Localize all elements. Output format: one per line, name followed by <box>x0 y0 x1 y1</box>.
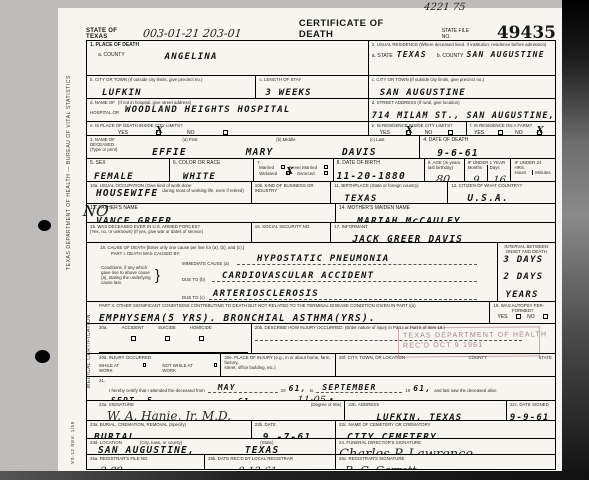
yes-label: YES <box>497 314 507 320</box>
row-hospital-street: d. NAME OF (If not in hospital, give str… <box>87 98 555 121</box>
field-registrar-signature: 25c. REGISTRAR'S SIGNATURE R. C. Garrett <box>335 455 555 469</box>
scan-bottom-band <box>0 471 589 480</box>
certificate-title: CERTIFICATE OF DEATH <box>299 18 420 40</box>
date-signed-label: 22c. DATE SIGNED <box>510 402 552 407</box>
hospital-value: WOODLAND HEIGHTS HOSPITAL <box>125 105 290 115</box>
burial-date-label: 23b. DATE <box>255 422 332 427</box>
occupation-label-2: during most of working life, even if ret… <box>162 188 244 193</box>
date-received-value: 9-12-61 <box>237 466 277 469</box>
death-certificate-form: 1. PLACE OF DEATH a. COUNTY ANGELINA 2. … <box>86 40 556 470</box>
married-label: Married <box>259 165 274 170</box>
field-name-label: 3. NAME OF DECEASED (Type or print) <box>87 136 143 158</box>
field-occupation: 10a. USUAL OCCUPATION (Give kind of work… <box>87 182 251 203</box>
no-label: NO <box>515 130 523 135</box>
divorced-label: Divorced <box>297 171 314 176</box>
field-burial: 23a. BURIAL, CREMATION, REMOVAL (Specify… <box>87 421 251 438</box>
row-location-director: 23d. LOCATION (City, town, or county) (S… <box>87 438 555 454</box>
checkbox-res-city-no <box>448 130 453 135</box>
date-of-death-label: 4. DATE OF DEATH <box>423 137 552 143</box>
never-married-label: Never Married <box>289 165 317 170</box>
margin-form-revision-text: VS-12 REV. 1/58 <box>70 421 75 464</box>
last-name-value: DAVIS <box>342 147 377 158</box>
field-registrar-file-no: 25a. REGISTRAR'S FILE NO. 2-09 <box>87 455 204 469</box>
field-industry: 10b. KIND OF BUSINESS OR INDUSTRY <box>251 182 331 203</box>
age-label: 9. AGE (In years last birthday) <box>428 160 461 170</box>
months-value: 9 <box>472 175 480 181</box>
days-value: 16 <box>492 175 506 181</box>
age-value: 80 <box>435 173 450 181</box>
field-death-inside-limits: e. IS PLACE OF DEATH INSIDE CITY LIMITS?… <box>87 122 368 135</box>
injury-type-label: 20a. <box>99 325 108 330</box>
conditions-note: Conditions, if any which gave rise to ab… <box>101 265 153 285</box>
injury-occurred-label: 20d. INJURY OCCURRED <box>99 355 217 360</box>
date-of-birth-label: 8. DATE OF BIRTH <box>337 160 421 166</box>
physician-address-label: 22b. ADDRESS <box>348 402 502 407</box>
residence-state-value: TEXAS <box>397 50 427 59</box>
field-under-24-hrs: IF UNDER 24 HRS. Hours Minutes <box>510 159 554 181</box>
cert-from-month: MAY <box>208 383 278 393</box>
street-address-label: d. STREET ADDRESS (If rural, give locati… <box>372 100 552 105</box>
residence-state-label: a. STATE <box>372 53 393 59</box>
residence-county-value: SAN AUGUSTINE <box>467 50 545 59</box>
row-registrar: 25a. REGISTRAR'S FILE NO. 2-09 25b. DATE… <box>87 454 555 469</box>
field-autopsy: 19. WAS AUTOPSY PER- FORMED? YES NO <box>489 302 555 323</box>
field-birthplace: 11. BIRTHPLACE (State or foreign country… <box>330 182 447 203</box>
date-of-death-value: 9-6-61 <box>437 148 479 158</box>
middle-name-value: MARY <box>246 147 274 158</box>
field-injury-occurred: 20d. INJURY OCCURRED WHILE AT WORK NOT W… <box>87 354 220 376</box>
row-city-limits: e. IS PLACE OF DEATH INSIDE CITY LIMITS?… <box>87 121 555 135</box>
checkbox-never-married <box>324 165 328 169</box>
days-label: Days <box>490 165 508 170</box>
yes-label: YES <box>474 130 484 135</box>
birthplace-label: 11. BIRTHPLACE (State or foreign country… <box>334 183 444 188</box>
received-stamp: TEXAS DEPARTMENT OF HEALTH REC'D OCT 9 1… <box>398 326 540 357</box>
field-first-name: (a) First EFFIE <box>143 136 237 158</box>
funeral-director-signature: Charles P. Lawrence <box>339 447 473 454</box>
field-street-address: d. STREET ADDRESS (If rural, give locati… <box>368 99 555 121</box>
field-physician-address: 22b. ADDRESS LUFKIN, TEXAS <box>344 401 505 420</box>
due-to-b-label: DUE TO (b) <box>182 277 205 282</box>
due-to-c-value: ARTERIOSCLEROSIS <box>209 289 477 300</box>
not-while-at-work-label: NOT WHILE AT WORK <box>162 363 196 373</box>
field-middle-name: (b) Middle MARY <box>237 136 335 158</box>
punch-hole <box>38 220 51 231</box>
death-city-value: LUFKIN <box>102 88 142 98</box>
race-value: WHITE <box>183 172 216 181</box>
row-sex-race-dob: 5. SEX FEMALE 6. COLOR OR RACE WHITE 7. … <box>87 158 555 181</box>
informant-label: 17. INFORMANT <box>334 224 552 229</box>
stamp-line-1: TEXAS DEPARTMENT OF HEALTH <box>403 331 547 339</box>
due-to-c-label: DUE TO (c) <box>182 295 205 300</box>
first-name-value: EFFIE <box>152 147 187 158</box>
father-name-label: 13. FATHER'S NAME <box>90 205 332 211</box>
cemetery-label: 23c. NAME OF CEMETERY OR CREMATORY <box>339 422 552 427</box>
cause-of-death-label: 18. CAUSE OF DEATH [Enter only one cause… <box>100 245 244 250</box>
registrar-file-no-label: 25a. REGISTRAR'S FILE NO. <box>90 456 201 461</box>
row-physician-signature: 22a. SIGNATURE (Degree or title) W. A. H… <box>87 400 555 420</box>
cert-last-year: 61. <box>238 397 256 400</box>
interval-a-value: 3 DAYS <box>504 255 544 265</box>
sex-value: FEMALE <box>94 172 134 181</box>
field-race: 6. COLOR OR RACE WHITE <box>169 159 253 181</box>
cert-to: to <box>310 388 314 393</box>
cert-19b: 19 <box>405 388 410 393</box>
hours-label: Hours <box>514 170 532 175</box>
birthplace-value: TEXAS <box>344 194 377 203</box>
field-funeral-director: 24. FUNERAL DIRECTOR'S SIGNATURE Charles… <box>335 439 555 454</box>
occupation-value: HOUSEWIFE <box>96 188 158 199</box>
no-label: NO <box>425 130 433 135</box>
checkbox-res-city-yes: X <box>406 130 411 135</box>
checkbox-while-at-work <box>143 363 146 367</box>
field-date-of-death: 4. DATE OF DEATH 9-6-61 <box>419 136 555 158</box>
hospital-label: d. NAME OF <box>90 100 115 105</box>
field-under-1-year: IF UNDER 1 YEAR Months 9 Days 16 <box>464 159 511 181</box>
row-parents: 13. FATHER'S NAME VANCE GREER 14. MOTHER… <box>87 203 555 222</box>
usual-residence-label: 2. USUAL RESIDENCE (Where deceased lived… <box>372 42 552 47</box>
minutes-label: Minutes <box>535 170 552 175</box>
field-burial-location: 23d. LOCATION (City, town, or county) (S… <box>87 439 335 454</box>
length-of-stay-value: 3 WEEKS <box>265 88 311 98</box>
length-of-stay-label: c. LENGTH OF STAY <box>259 77 364 82</box>
field-armed-forces: 15. WAS DECEASED EVER IN U.S. ARMED FORC… <box>87 223 251 242</box>
checkbox-homicide <box>199 336 204 341</box>
row-occupation: 10a. USUAL OCCUPATION (Give kind of work… <box>87 181 555 203</box>
burial-label: 23a. BURIAL, CREMATION, REMOVAL (Specify… <box>90 422 248 427</box>
certificate-header: 4221 75 STATE OF TEXAS 003-01-21 203-01 … <box>86 2 556 40</box>
cert-ampm: A <box>329 397 335 400</box>
field-place-of-injury: 20e. PLACE OF INJURY (e.g., in or about … <box>220 354 335 376</box>
date-received-label: 25b. DATE REC'D BY LOCAL REGISTRAR <box>208 456 332 461</box>
county-value: ANGELINA <box>165 52 218 62</box>
yes-label: YES <box>118 130 128 135</box>
degree-or-title-label: (Degree or title) <box>311 402 342 407</box>
field-residence-city: c. CITY OR TOWN (If outside city limits,… <box>368 76 555 98</box>
cert-19a: 19 <box>281 388 286 393</box>
checkbox-accident <box>131 336 136 341</box>
part2-value: EMPHYSEMA(5 YRS). BRONCHIAL ASTHMA(YRS). <box>99 313 376 323</box>
while-at-work-label: WHILE AT WORK <box>99 363 125 373</box>
checkbox-divorced <box>324 171 328 175</box>
physician-address-value: LUFKIN, TEXAS <box>376 413 462 420</box>
punch-hole <box>35 350 50 363</box>
field-ssn: 16. SOCIAL SECURITY NO. <box>251 223 331 242</box>
yes-label: YES <box>380 130 390 135</box>
handwritten-top-number: 4221 75 <box>423 2 466 13</box>
field-interval-column: INTERVAL BETWEEN ONSET AND DEATH 3 DAYS … <box>497 243 556 301</box>
burial-date-value: 9 -7-61 <box>263 432 311 438</box>
row-city-stay: b. CITY OR TOWN (If outside city limits,… <box>87 75 555 98</box>
field-death-city: b. CITY OR TOWN (If outside city limits,… <box>87 76 255 98</box>
death-city-label: b. CITY OR TOWN (If outside city limits,… <box>90 77 252 82</box>
cert-text-2: and last saw the deceased alive <box>434 388 496 393</box>
place-of-injury-label-2: street, office building, etc.) <box>224 365 332 370</box>
field-hospital: d. NAME OF (If not in hospital, give str… <box>87 99 368 121</box>
field-mother-name: 14. MOTHER'S MAIDEN NAME MARIAH McCAULEY <box>335 204 555 222</box>
registrar-file-no-value: 2-09 <box>99 466 123 469</box>
mother-name-value: MARIAH McCAULEY <box>357 216 461 222</box>
checkbox-farm-no: X <box>537 130 542 135</box>
field-date-of-birth: 8. DATE OF BIRTH 11-20-1880 <box>333 159 424 181</box>
field-last-name: (c) Last DAVIS <box>335 136 419 158</box>
immediate-cause-value: HYPOSTATIC PNEUMONIA <box>237 254 477 265</box>
type-or-print-label: (Type or print) <box>90 147 140 152</box>
date-signed-value: 9-9-61 <box>510 413 550 420</box>
accident-label: ACCIDENT <box>122 325 144 330</box>
sex-label: 5. SEX <box>90 160 166 166</box>
industry-label: 10b. KIND OF BUSINESS OR INDUSTRY <box>255 183 328 193</box>
informant-value: JACK GREER DAVIS <box>352 234 463 242</box>
field-sex: 5. SEX FEMALE <box>87 159 169 181</box>
checkbox-autopsy-no <box>543 314 548 319</box>
no-label: NO <box>527 314 535 320</box>
checkbox-autopsy-yes <box>516 314 521 319</box>
street-address-value: 714 MILAM ST., SAN AUGUSTINE, TEX. <box>372 111 555 121</box>
citizen-label: 12. CITIZEN OF WHAT COUNTRY? <box>451 183 552 188</box>
cert-from-year: 61, <box>289 384 307 393</box>
cert-to-year: 61, <box>413 384 431 393</box>
homicide-label: HOMICIDE <box>190 325 212 330</box>
checkbox-death-city-no <box>223 130 228 135</box>
row-certification: 21. I hereby certify that I attended the… <box>87 376 555 400</box>
citizen-value: U.S.A. <box>467 193 509 203</box>
conditions-brace: } <box>155 267 160 284</box>
field-date-signed: 22c. DATE SIGNED 9-9-61 <box>506 401 555 420</box>
field-injury-county: COUNTY <box>447 354 508 376</box>
field-length-of-stay: c. LENGTH OF STAY 3 WEEKS <box>255 76 367 98</box>
location-city-value: SAN AUGUSTINE, <box>98 445 195 454</box>
cert-last-seen: SEPT. 5, <box>107 396 227 400</box>
checkbox-farm-yes <box>498 130 503 135</box>
field-injury-type: 20a. ACCIDENT SUICIDE HOMICIDE 20c. TIME… <box>87 324 251 353</box>
interval-c-value: YEARS <box>506 290 539 300</box>
field-citizen: 12. CITIZEN OF WHAT COUNTRY? U.S.A. <box>447 182 555 203</box>
field-age: 9. AGE (In years last birthday) 80 <box>424 159 464 181</box>
row-part2-autopsy: PART II. OTHER SIGNIFICANT CONDITIONS CO… <box>87 301 555 323</box>
place-of-death-label: 1. PLACE OF DEATH <box>90 42 365 48</box>
death-inside-limits-label: e. IS PLACE OF DEATH INSIDE CITY LIMITS? <box>90 123 365 128</box>
row-place-residence: 1. PLACE OF DEATH a. COUNTY ANGELINA 2. … <box>87 41 555 75</box>
residence-county-label: b. COUNTY <box>437 53 464 59</box>
registrar-signature-label: 25c. REGISTRAR'S SIGNATURE <box>339 456 552 461</box>
field-injury-city: 20f. CITY, TOWN, OR LOCATION <box>335 354 447 376</box>
date-of-birth-value: 11-20-1880 <box>337 171 406 181</box>
widowed-label: Widowed <box>259 171 277 176</box>
scan-right-band <box>562 0 589 480</box>
field-cause-of-death: 18. CAUSE OF DEATH [Enter only one cause… <box>87 243 497 301</box>
state-of-texas-label: STATE OF TEXAS <box>86 28 140 40</box>
residence-inside-limits-label: e. IS RESIDENCE INSIDE CITY LIMITS? <box>372 123 463 128</box>
checkbox-not-while-at-work <box>214 363 217 367</box>
cemetery-value: CITY CEMETERY <box>347 432 437 438</box>
checkbox-married <box>281 165 285 169</box>
immediate-cause-label: IMMEDIATE CAUSE (a) <box>182 261 229 266</box>
field-father-name: 13. FATHER'S NAME VANCE GREER <box>87 204 335 222</box>
last-name-label: (c) Last <box>338 137 416 142</box>
physician-signature-value: W. A. Hanie, Jr. M.D. <box>107 409 231 420</box>
cert-time-value: 11:05 <box>296 395 326 400</box>
checkbox-suicide <box>165 336 170 341</box>
stamp-line-2: REC'D OCT 9 1961 <box>403 342 483 350</box>
interval-b-value: 2 DAYS <box>504 272 544 282</box>
location-state-value: TEXAS <box>245 445 280 454</box>
field-usual-residence: 2. USUAL RESIDENCE (Where deceased lived… <box>368 41 555 75</box>
field-informant: 17. INFORMANT JACK GREER DAVIS <box>330 223 555 242</box>
state-file-number: 49435 <box>497 26 556 40</box>
part2-label: PART II. OTHER SIGNIFICANT CONDITIONS CO… <box>99 303 486 308</box>
suicide-label: SUICIDE <box>158 325 176 330</box>
ssn-label: 16. SOCIAL SECURITY NO. <box>255 224 328 229</box>
hospital-label-2: HOSPITAL OR <box>90 110 119 115</box>
burial-value: BURIAL <box>94 432 136 438</box>
registrar-signature-value: R. C. Garrett <box>345 464 417 469</box>
due-to-b-value: CARDIOVASCULAR ACCIDENT <box>212 271 477 282</box>
field-cemetery: 23c. NAME OF CEMETERY OR CREMATORY CITY … <box>335 421 555 438</box>
residence-city-value: SAN AUGUSTINE <box>380 88 466 98</box>
field-injury-state: STATE <box>508 354 555 376</box>
autopsy-label-2: FORMED? <box>493 308 552 313</box>
field-physician-signature: 22a. SIGNATURE (Degree or title) W. A. H… <box>87 401 344 420</box>
place-of-injury-label: 20e. PLACE OF INJURY (e.g., in or about … <box>224 355 332 365</box>
middle-name-label: (b) Middle <box>240 137 332 142</box>
row-burial: 23a. BURIAL, CREMATION, REMOVAL (Specify… <box>87 420 555 438</box>
checkbox-death-city-yes: X <box>156 130 161 135</box>
interval-label: INTERVAL BETWEEN ONSET AND DEATH <box>501 244 553 254</box>
race-label: 6. COLOR OR RACE <box>173 160 250 166</box>
county-label: a. COUNTY <box>98 52 125 62</box>
field-residence-on-farm: f. IS RESIDENCE ON A FARM? YES NOX <box>466 122 555 135</box>
part1-label: PART I. DEATH WAS CAUSED BY: <box>111 251 180 256</box>
checkbox-widowed: X <box>286 171 290 175</box>
margin-department-text: TEXAS DEPARTMENT OF HEALTH — BUREAU OF V… <box>66 75 72 270</box>
cert-text-1: I hereby certify that I attended the dec… <box>109 388 205 393</box>
under-24-hrs-label: IF UNDER 24 HRS. <box>514 160 551 170</box>
cert-to-month: SEPTEMBER <box>316 383 402 393</box>
row-armed-informant: 15. WAS DECEASED EVER IN U.S. ARMED FORC… <box>87 222 555 242</box>
state-file-no-label: STATE FILE NO. <box>442 28 479 40</box>
row-cause-of-death: 18. CAUSE OF DEATH [Enter only one cause… <box>87 242 555 301</box>
row-name-dod: 3. NAME OF DECEASED (Type or print) (a) … <box>87 135 555 158</box>
signature-label: 22a. SIGNATURE <box>99 402 134 407</box>
field-marital-status: 7. Married Never Married WidowedX Divorc… <box>253 159 333 181</box>
field-date-received: 25b. DATE REC'D BY LOCAL REGISTRAR 9-12-… <box>204 455 335 469</box>
no-label: NO <box>187 130 195 135</box>
armed-forces-sublabel: (Yes, no, or unknown) (If yes, give war … <box>90 229 248 234</box>
handwritten-code: 003-01-21 203-01 <box>142 27 291 40</box>
funeral-director-label: 24. FUNERAL DIRECTOR'S SIGNATURE <box>339 440 552 445</box>
first-name-label: (a) First <box>146 137 234 142</box>
mother-name-label: 14. MOTHER'S MAIDEN NAME <box>339 205 552 211</box>
field-certification: 21. I hereby certify that I attended the… <box>87 377 555 400</box>
residence-city-label: c. CITY OR TOWN (If outside city limits,… <box>372 77 552 82</box>
field-part2-conditions: PART II. OTHER SIGNIFICANT CONDITIONS CO… <box>87 302 489 323</box>
handwritten-armed-forces-answer: NO <box>82 202 109 220</box>
field-residence-inside-limits: e. IS RESIDENCE INSIDE CITY LIMITS? YESX… <box>368 122 466 135</box>
field-burial-date: 23b. DATE 9 -7-61 <box>251 421 335 438</box>
field-place-of-death: 1. PLACE OF DEATH a. COUNTY ANGELINA <box>87 41 368 75</box>
months-label: Months <box>468 165 487 170</box>
